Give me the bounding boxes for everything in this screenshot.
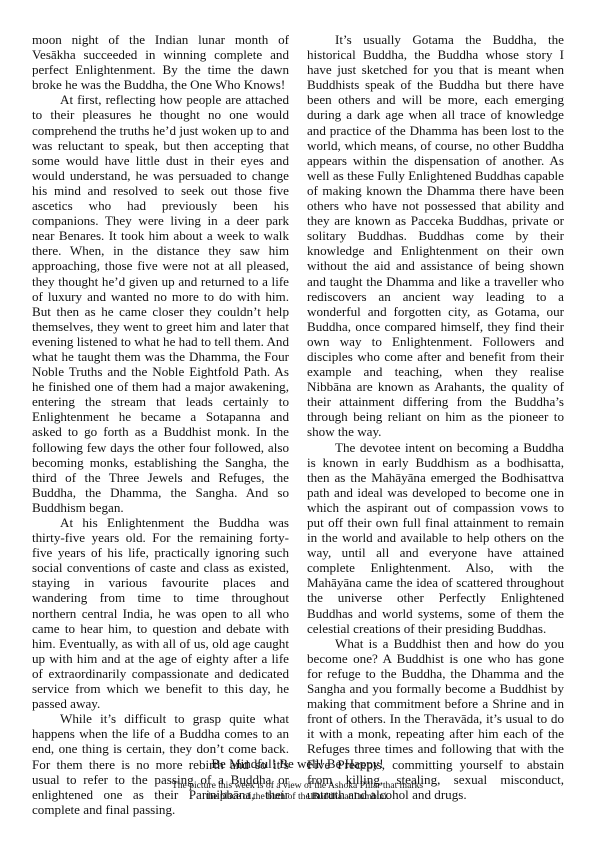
left-column: moon night of the Indian lunar month of …	[32, 32, 289, 817]
closing-motto: Be Mindful! Be well! Be Happy!	[0, 756, 595, 772]
paragraph: It’s usually Gotama the Buddha, the hist…	[307, 32, 564, 440]
document-page: moon night of the Indian lunar month of …	[0, 0, 595, 842]
caption-line: The picture this week is of a view of th…	[0, 780, 595, 791]
right-column: It’s usually Gotama the Buddha, the hist…	[307, 32, 564, 802]
picture-caption: The picture this week is of a view of th…	[0, 780, 595, 802]
paragraph: At first, reflecting how people are atta…	[32, 92, 289, 515]
paragraph: At his Enlightenment the Buddha was thir…	[32, 515, 289, 711]
caption-line: the place of the birth of the Buddha at …	[0, 791, 595, 802]
paragraph-continued: moon night of the Indian lunar month of …	[32, 32, 289, 92]
paragraph: What is a Buddhist then and how do you b…	[307, 636, 564, 802]
paragraph: The devotee intent on becoming a Buddha …	[307, 440, 564, 636]
